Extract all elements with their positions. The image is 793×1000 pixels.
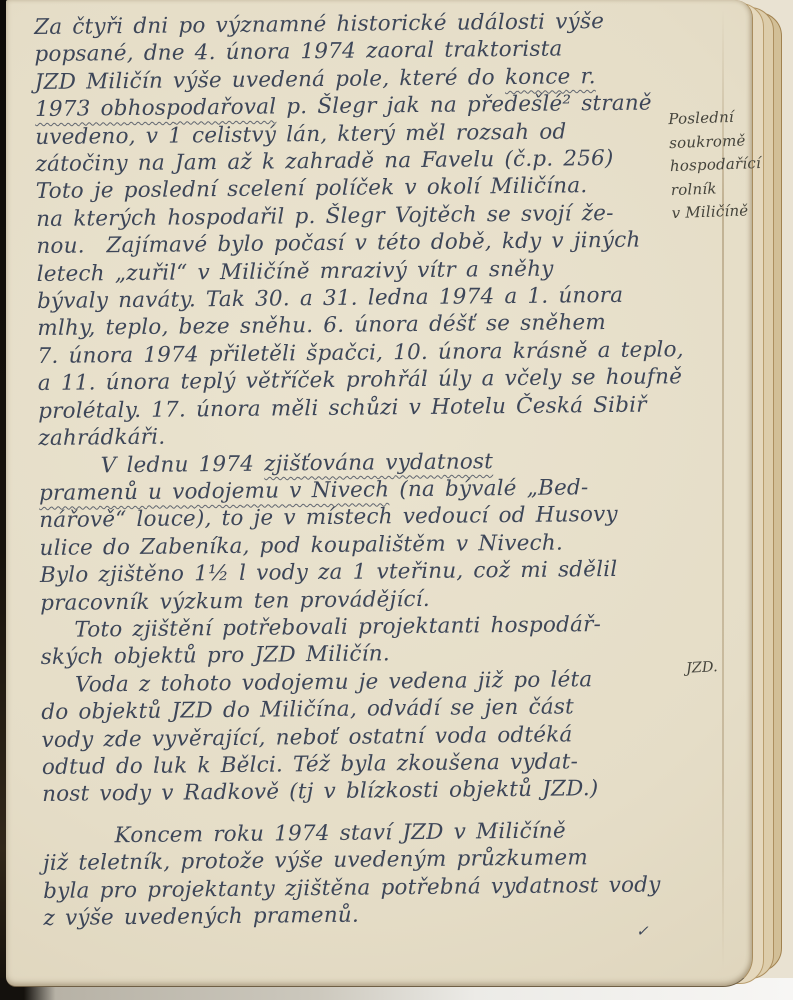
text-segment: prolétaly. 17. února měli schůzi v Hotel… [38,392,647,423]
handwritten-line: z výše uvedených pramenů. [43,898,691,932]
text-segment: (na bývalé „Bed- [389,475,588,502]
text-segment: již teletník, protože výše uvedeným průz… [43,845,588,876]
text-segment: JZD Miličín výše uvedená pole, které do [35,65,505,95]
text-segment: letech „zuřil“ v Miličíně mrazivý vítr a… [37,256,554,286]
text-segment: Toto je poslední scelení políček v okolí… [36,174,588,205]
text-segment: odtud do luk k Bělci. Též byla zkoušena … [42,749,578,780]
chronicle-page: Za čtyři dni po významné historické udál… [6,0,753,987]
text-segment: Bylo zjištěno 1½ l vody za 1 vteřinu, co… [40,557,618,588]
text-segment: nost vody v Radkově (tj v blízkosti obje… [42,777,598,808]
text-segment: byla pro projektanty zjištěna potřebná v… [43,872,661,903]
text-segment: z výše uvedených pramenů. [43,903,359,931]
underlined-phrase: pramenů u vodojemu v Nivech [39,477,390,506]
text-segment: Toto zjištění potřebovali projektanti ho… [74,612,601,643]
margin-note-private-farmer: Poslednísoukroměhospodařícírolníkv Milič… [668,104,792,226]
check-mark: ✓ [636,922,649,940]
text-segment: Koncem roku 1974 staví JZD v Miličíně [114,818,565,848]
text-segment: nou. Zajímavé bylo počasí v této době, k… [36,228,640,259]
text-segment: nářově“ louce), to je v místech vedoucí … [39,502,618,533]
text-segment: V lednu 1974 [101,451,265,478]
text-segment: popsané, dne 4. února 1974 zaoral trakto… [34,37,562,68]
text-segment: uvedeno, v 1 celistvý lán, který měl roz… [35,119,566,150]
handwritten-text-block: Za čtyři dni po významné historické udál… [34,7,692,932]
text-segment: do objektů JZD do Miličína, odvádí se je… [41,695,574,726]
text-segment: pracovník výzkum ten provádějící. [40,586,430,615]
handwritten-line: nost vody v Radkově (tj v blízkosti obje… [42,775,690,809]
text-segment: vody zde vyvěrající, neboť ostatní voda … [41,722,572,753]
margin-note-jzd: JZD. [686,659,718,677]
text-segment: Voda z tohoto vodojemu je vedena již po … [75,667,593,697]
margin-note-line: v Miličíně [671,198,792,226]
underlined-phrase: 1973 obhospodařoval [35,95,276,123]
text-segment: zahrádkáři. [38,425,165,451]
text-segment: ských objektů pro JZD Miličín. [41,642,390,671]
underlined-phrase: zjišťována vydatnost [264,449,493,476]
text-segment: ulice do Zabeníka, pod koupalištěm v Niv… [39,530,563,560]
underlined-phrase: konce r. [505,64,596,90]
chronicle-photo: Za čtyři dni po významné historické udál… [0,0,793,1000]
text-segment: mlhy, teplo, beze sněhu. 6. února déšť s… [37,310,606,341]
text-segment: p. Šlegr jak na předešlé² straně [276,91,652,120]
